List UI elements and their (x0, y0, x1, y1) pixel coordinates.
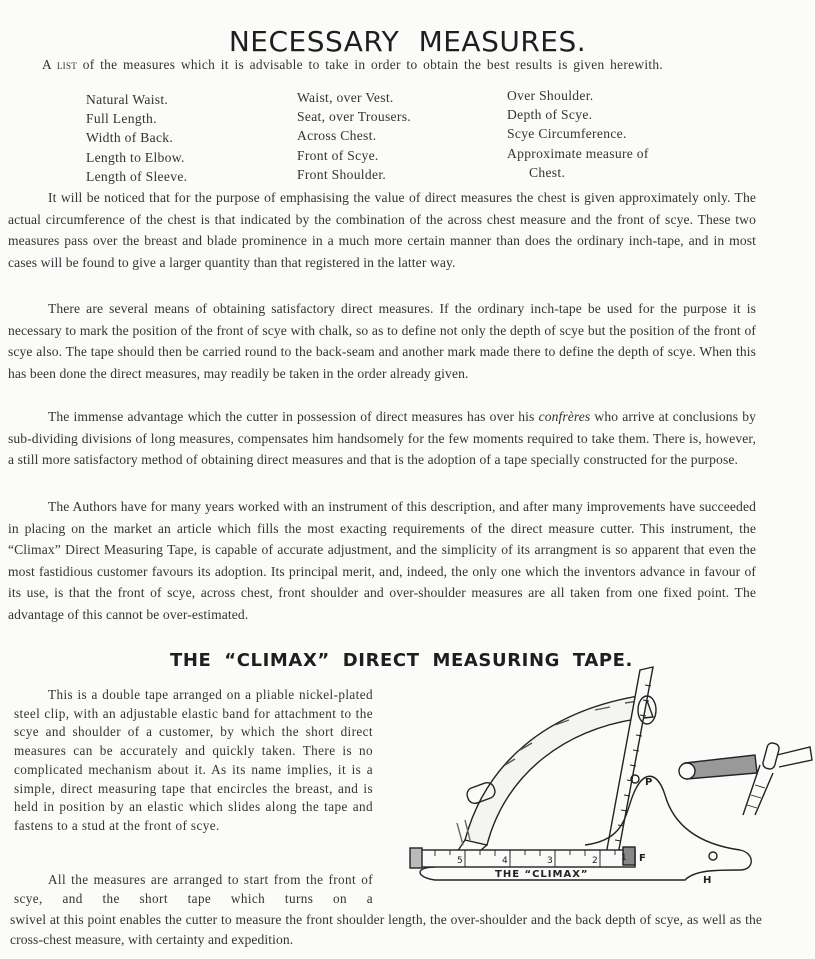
measure-item: Length to Elbow. (86, 148, 187, 167)
paragraph-text: All the measures are arranged to start f… (14, 871, 373, 908)
paragraph-text: It will be noticed that for the purpose … (8, 187, 756, 273)
tape-number: 3 (547, 856, 553, 866)
intro-lead: A list (42, 57, 77, 72)
tape-number: 2 (592, 856, 598, 866)
italic-word: confrères (539, 409, 591, 424)
measure-item: Waist, over Vest. (297, 88, 411, 107)
measure-item: Depth of Scye. (507, 105, 649, 124)
measure-item: Over Shoulder. (507, 86, 649, 105)
text-run: The immense advantage which the cutter i… (48, 409, 539, 424)
paragraph-means: There are several means of obtaining sat… (8, 298, 756, 384)
measure-item: Full Length. (86, 109, 187, 128)
label-p: P (645, 777, 652, 788)
measure-item: Approximate measure of (507, 144, 649, 163)
measure-item: Scye Circumference. (507, 124, 649, 143)
tape-number: 4 (502, 856, 508, 866)
measure-item: Front of Scye. (297, 146, 411, 165)
paragraph-chest-note: It will be noticed that for the purpose … (8, 187, 756, 273)
intro-text: of the measures which it is advisable to… (77, 57, 663, 72)
measure-item: Chest. (507, 163, 649, 182)
paragraph-text: The immense advantage which the cutter i… (8, 406, 756, 471)
intro-line: A list of the measures which it is advis… (42, 57, 663, 73)
tape-caption: THE “CLIMAX” (495, 869, 588, 880)
paragraph-text: This is a double tape arranged on a plia… (14, 686, 373, 836)
paragraph-measures-start: All the measures are arranged to start f… (14, 871, 373, 908)
paragraph-authors: The Authors have for many years worked w… (8, 496, 756, 625)
measure-item: Seat, over Trousers. (297, 107, 411, 126)
measures-column-1: Natural Waist. Full Length. Width of Bac… (86, 90, 187, 186)
page-title: NECESSARY MEASURES. (0, 25, 815, 58)
paragraph-text: The Authors have for many years worked w… (8, 496, 756, 625)
label-h: H (703, 875, 711, 885)
measure-item: Length of Sleeve. (86, 167, 187, 186)
measure-item: Natural Waist. (86, 90, 187, 109)
paragraph-advantage: The immense advantage which the cutter i… (8, 406, 756, 471)
measures-column-3: Over Shoulder. Depth of Scye. Scye Circu… (507, 86, 649, 182)
tape-number: 5 (457, 856, 463, 866)
climax-tape-illustration: 5 4 3 2 1 THE “CLIMAX” P F H (395, 655, 815, 885)
paragraph-climax-description: This is a double tape arranged on a plia… (14, 686, 373, 836)
paragraph-text: There are several means of obtaining sat… (8, 298, 756, 384)
measure-item: Front Shoulder. (297, 165, 411, 184)
measure-item: Across Chest. (297, 126, 411, 145)
measures-column-2: Waist, over Vest. Seat, over Trousers. A… (297, 88, 411, 184)
measure-item: Width of Back. (86, 128, 187, 147)
label-f: F (639, 853, 646, 864)
tape-number: 1 (621, 853, 627, 863)
paragraph-measures-continuation: swivel at this point enables the cutter … (10, 910, 762, 950)
